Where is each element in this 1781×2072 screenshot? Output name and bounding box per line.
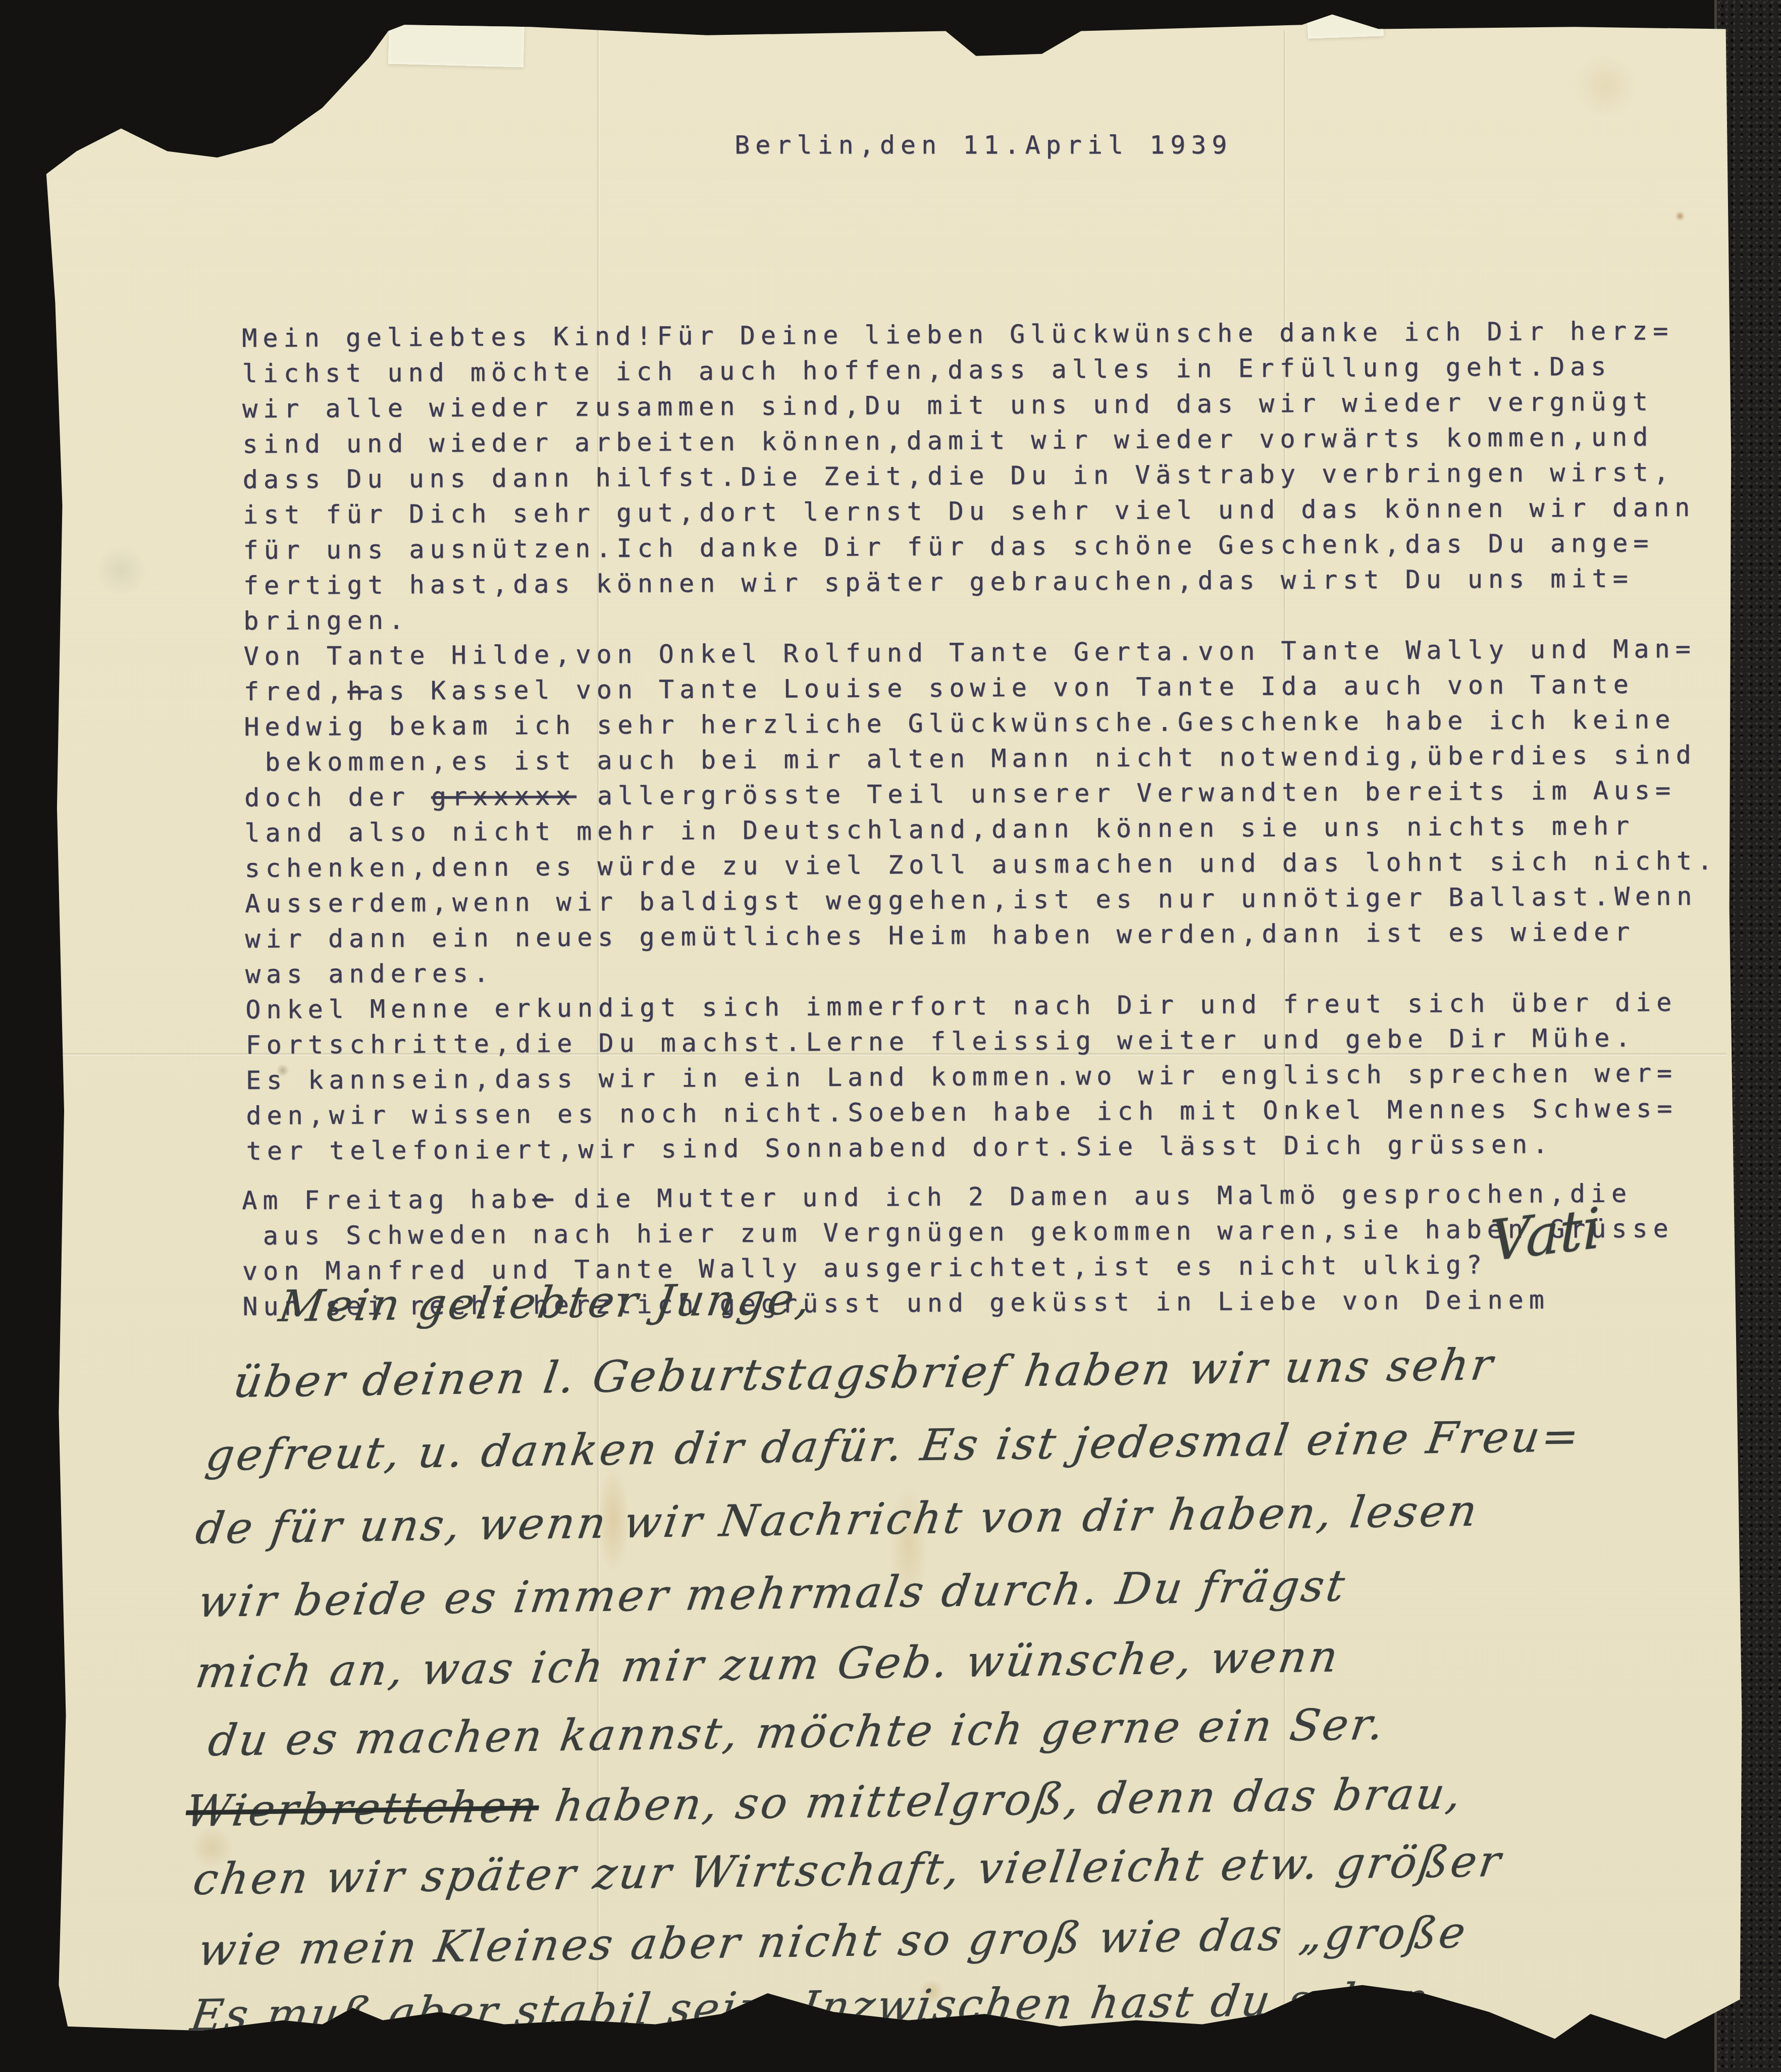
typed-text: die Mutter und ich 2 Damen aus Malmö ges…: [553, 1179, 1633, 1214]
handwritten-line: über deinen l. Geburtstagsbrief haben wi…: [231, 1343, 1498, 1404]
typed-text: Mein geliebtes Kind!Für Deine lieben Glü…: [242, 316, 1673, 353]
scanned-letter-page: { "colors": { "scan_bg": "#141311", "pap…: [0, 0, 1781, 2072]
typed-text: schenken,denn es würde zu viel Zoll ausm…: [245, 846, 1718, 883]
handwritten-line: chen wir später zur Wirtschaft, vielleic…: [191, 1840, 1506, 1901]
handwritten-text: wir beide es immer mehrmals durch. Du fr…: [195, 1561, 1350, 1627]
crossed-out-handwritten-word: Wierbrettchen: [183, 1781, 543, 1837]
handwritten-text: wie mein Kleines aber nicht so groß wie …: [195, 1907, 1472, 1976]
handwritten-text: gefreut, u. danken dir dafür. Es ist jed…: [203, 1411, 1585, 1481]
handwritten-line: Mein geliebter Junge,: [277, 1277, 816, 1328]
typed-paragraph-block-1: Mein geliebtes Kind!Für Deine lieben Glü…: [241, 207, 1719, 1169]
overtyped-strikethrough-text: grxxxxx: [431, 782, 577, 812]
handwritten-line: du es machen kannst, möchte ich gerne ei…: [206, 1703, 1389, 1763]
typed-text: allergrösste Teil unserer Verwandten ber…: [577, 775, 1677, 810]
typed-text: fertigt hast,das können wir später gebra…: [243, 564, 1634, 600]
typed-text: Fortschritte,die Du machst.Lerne fleissi…: [245, 1023, 1636, 1060]
handwritten-text: chen wir später zur Wirtschaft, vielleic…: [190, 1836, 1506, 1905]
typed-text: lichst und möchte ich auch hoffen,dass a…: [242, 352, 1611, 388]
typed-text: Hedwig bekam ich sehr herzliche Glückwün…: [244, 705, 1675, 742]
tape-piece: [1307, 10, 1384, 38]
handwritten-line: Es muß aber stabil sein. Inzwischen hast…: [188, 1977, 1434, 2038]
typed-text: was anderes.: [245, 958, 495, 989]
letter-dateline: Berlin,den 11.April 1939: [735, 130, 1232, 160]
typed-text: aus Schweden nach hier zum Vergnügen gek…: [242, 1214, 1673, 1251]
typed-text: bringen.: [243, 605, 409, 636]
handwritten-line: gefreut, u. danken dir dafür. Es ist jed…: [203, 1415, 1584, 1477]
handwritten-text: mich an, was ich mir zum Geb. wünsche, w…: [193, 1631, 1344, 1698]
handwritten-text: de für uns, wenn wir Nachricht von dir h…: [193, 1486, 1483, 1554]
typed-text: ist für Dich sehr gut,dort lernst Du seh…: [243, 493, 1695, 530]
typed-text: fred,: [244, 677, 348, 706]
typed-text: sind und wieder arbeiten können,damit wi…: [242, 422, 1653, 459]
typed-text: Von Tante Hilde,von Onkel Rolfund Tante …: [243, 634, 1696, 671]
typed-text: as Kassel von Tante Louise sowie von Tan…: [368, 670, 1634, 706]
typed-text: Am Freitag hab: [242, 1184, 533, 1215]
overtyped-strikethrough-text: e: [533, 1184, 553, 1214]
overtyped-strikethrough-text: h: [347, 677, 368, 706]
typed-text: für uns ausnützen.Ich danke Dir für das …: [243, 528, 1654, 565]
handwritten-text: du es machen kannst, möchte ich gerne ei…: [205, 1699, 1390, 1766]
handwritten-signature: Vati: [1489, 1196, 1601, 1274]
typed-text: dass Du uns dann hilfst.Die Zeit,die Du …: [243, 457, 1674, 494]
typed-text: wir alle wieder zusammen sind,Du mit uns…: [242, 387, 1653, 424]
handwritten-text: über deinen l. Geburtstagsbrief haben wi…: [231, 1339, 1498, 1408]
handwritten-text: haben, so mittelgroß, denn das brau,: [535, 1769, 1466, 1832]
handwritten-line: wie mein Kleines aber nicht so groß wie …: [196, 1911, 1471, 1972]
typed-text: land also nicht mehr in Deutschland,dann…: [244, 811, 1635, 848]
handwritten-line: wir beide es immer mehrmals durch. Du fr…: [196, 1564, 1350, 1624]
typed-text: Onkel Menne erkundigt sich immerfort nac…: [245, 988, 1677, 1024]
typed-text: bekommen,es ist auch bei mir alten Mann …: [244, 740, 1697, 777]
letter-sheet: Berlin,den 11.April 1939 Mein geliebtes …: [0, 0, 1781, 2072]
handwritten-line: Wierbrettchen haben, so mittelgroß, denn…: [183, 1772, 1466, 1833]
handwritten-line: de für uns, wenn wir Nachricht von dir h…: [193, 1489, 1482, 1550]
typed-text: Ausserdem,wenn wir baldigst weggehen,ist…: [245, 882, 1697, 918]
handwritten-line: mich an, was ich mir zum Geb. wünsche, w…: [193, 1635, 1343, 1694]
handwritten-text: Es muß aber stabil sein. Inzwischen hast…: [188, 1974, 1434, 2041]
typed-text: wir dann ein neues gemütliches Heim habe…: [245, 917, 1635, 954]
typed-text: doch der: [244, 782, 431, 812]
tape-piece: [388, 16, 525, 68]
handwritten-text: Mein geliebter Junge,: [276, 1274, 816, 1332]
